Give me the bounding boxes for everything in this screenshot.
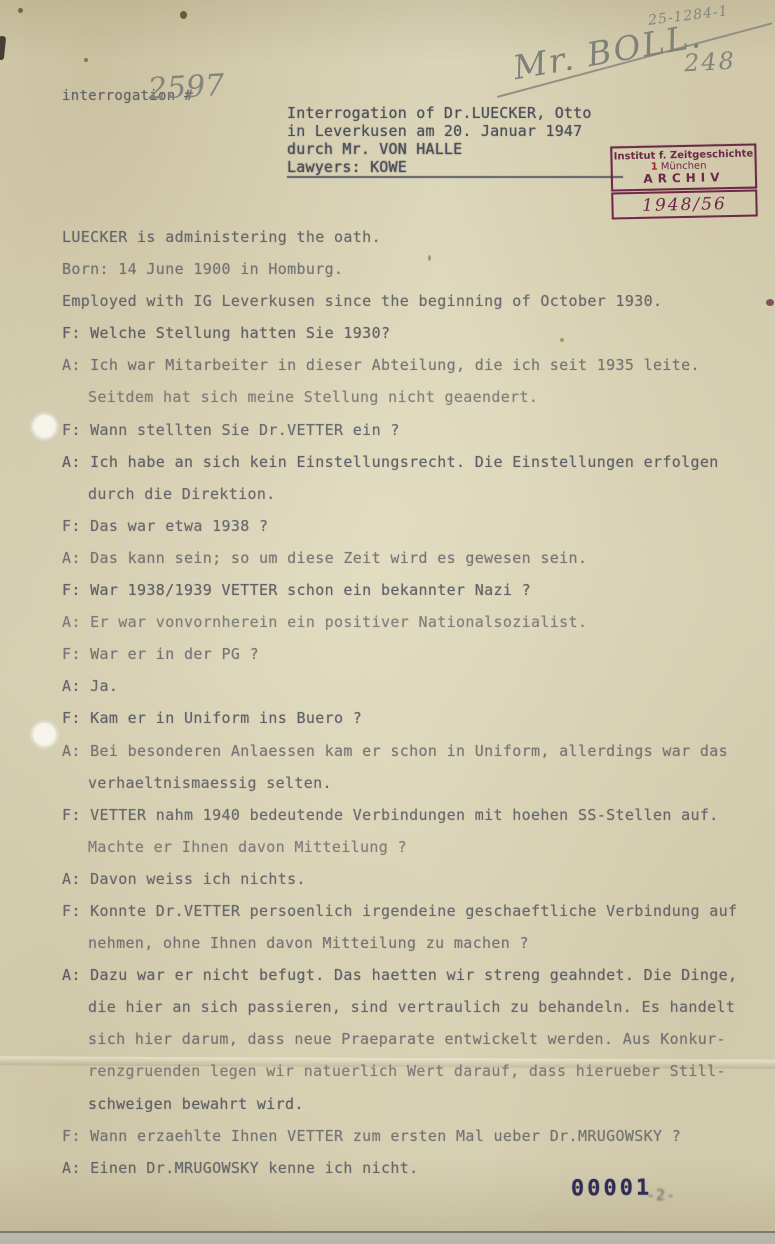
transcript-line-text: F: Konnte Dr.VETTER persoenlich irgendei… bbox=[62, 902, 737, 920]
transcript-line: F: Konnte Dr.VETTER persoenlich irgendei… bbox=[62, 895, 762, 927]
archive-stamp-number-box: 1948/56 bbox=[611, 189, 758, 219]
document-number-stamp: 00001 bbox=[571, 1176, 652, 1202]
handwritten-page-reference: 248 bbox=[683, 47, 736, 78]
stain-speck bbox=[84, 58, 88, 62]
interrogation-transcript: LUECKER is administering the oath. Born:… bbox=[62, 221, 762, 1184]
transcript-line: Machte er Ihnen davon Mitteilung ? bbox=[62, 831, 762, 863]
transcript-line-text: A: Er war vonvornherein ein positiver Na… bbox=[62, 613, 587, 631]
transcript-line: sich hier darum, dass neue Praeparate en… bbox=[62, 1023, 762, 1055]
typed-page-number: -2- bbox=[646, 1186, 676, 1204]
transcript-line: A: Dazu war er nicht befugt. Das haetten… bbox=[62, 959, 762, 991]
transcript-line-text: F: Welche Stellung hatten Sie 1930? bbox=[62, 324, 390, 342]
transcript-line: F: VETTER nahm 1940 bedeutende Verbindun… bbox=[62, 799, 762, 831]
transcript-line: A: Ich war Mitarbeiter in dieser Abteilu… bbox=[62, 349, 762, 381]
transcript-line: durch die Direktion. bbox=[62, 478, 762, 510]
transcript-line: die hier an sich passieren, sind vertrau… bbox=[62, 991, 762, 1023]
transcript-line-text: schweigen bewahrt wird. bbox=[88, 1095, 304, 1113]
header-line-title: Interrogation of Dr.LUECKER, Otto bbox=[287, 104, 592, 122]
transcript-line: F: Kam er in Uniform ins Buero ? bbox=[62, 702, 762, 734]
header-underline bbox=[287, 176, 623, 178]
transcript-line: Employed with IG Leverkusen since the be… bbox=[62, 285, 762, 317]
transcript-line-text: LUECKER is administering the oath. bbox=[62, 228, 381, 246]
stain-speck bbox=[180, 11, 187, 19]
header-line-lawyer: Lawyers: KOWE bbox=[287, 158, 592, 176]
scanned-document-page: Mr. BOLL. 25-1284-1 248 interrogation # … bbox=[0, 0, 775, 1244]
scan-bottom-edge bbox=[0, 1231, 775, 1244]
transcript-line: A: Bei besonderen Anlaessen kam er schon… bbox=[62, 735, 762, 767]
stain-speck bbox=[766, 299, 774, 306]
transcript-line-text: renzgruenden legen wir natuerlich Wert d… bbox=[88, 1062, 726, 1080]
archive-stamp-upper-box: Institut f. Zeitgeschichte 1 München ARC… bbox=[610, 143, 757, 191]
transcript-line-text: A: Bei besonderen Anlaessen kam er schon… bbox=[62, 742, 728, 760]
transcript-line: Born: 14 June 1900 in Homburg. bbox=[62, 253, 762, 285]
transcript-line-text: die hier an sich passieren, sind vertrau… bbox=[88, 998, 735, 1016]
transcript-line-text: F: War 1938/1939 VETTER schon ein bekann… bbox=[62, 581, 531, 599]
stamp-city-text: München bbox=[661, 161, 707, 173]
transcript-line-text: A: Davon weiss ich nichts. bbox=[62, 870, 306, 888]
transcript-line: F: Welche Stellung hatten Sie 1930? bbox=[62, 317, 762, 349]
header-line-place-date: in Leverkusen am 20. Januar 1947 bbox=[287, 122, 592, 140]
transcript-line-text: A: Dazu war er nicht befugt. Das haetten… bbox=[62, 966, 737, 984]
transcript-line: nehmen, ohne Ihnen davon Mitteilung zu m… bbox=[62, 927, 762, 959]
transcript-line-text: Machte er Ihnen davon Mitteilung ? bbox=[88, 838, 407, 856]
transcript-line: verhaeltnismaessig selten. bbox=[62, 767, 762, 799]
transcript-line-text: Born: 14 June 1900 in Homburg. bbox=[62, 260, 343, 278]
transcript-line-text: Seitdem hat sich meine Stellung nicht ge… bbox=[88, 388, 538, 406]
handwritten-interrogation-number: 2597 bbox=[147, 68, 225, 107]
transcript-line-text: A: Einen Dr.MRUGOWSKY kenne ich nicht. bbox=[62, 1159, 418, 1177]
transcript-line: Seitdem hat sich meine Stellung nicht ge… bbox=[62, 381, 762, 413]
transcript-line: F: War 1938/1939 VETTER schon ein bekann… bbox=[62, 574, 762, 606]
stamp-tick-mark: 1 bbox=[651, 162, 658, 173]
punch-hole bbox=[31, 413, 58, 440]
transcript-line: A: Das kann sein; so um diese Zeit wird … bbox=[62, 542, 762, 574]
transcript-line-text: F: Wann erzaehlte Ihnen VETTER zum erste… bbox=[62, 1127, 681, 1145]
transcript-line: F: Wann stellten Sie Dr.VETTER ein ? bbox=[62, 414, 762, 446]
transcript-line: F: Das war etwa 1938 ? bbox=[62, 510, 762, 542]
transcript-line-text: F: Kam er in Uniform ins Buero ? bbox=[62, 709, 362, 727]
stamp-city-line: 1 München bbox=[661, 161, 707, 173]
punch-hole bbox=[31, 721, 58, 748]
transcript-line: LUECKER is administering the oath. bbox=[62, 221, 762, 253]
transcript-line-text: durch die Direktion. bbox=[88, 485, 276, 503]
header-line-interrogator: durch Mr. VON HALLE bbox=[287, 140, 592, 158]
transcript-line-text: F: War er in der PG ? bbox=[62, 645, 259, 663]
transcript-line: renzgruenden legen wir natuerlich Wert d… bbox=[62, 1055, 762, 1087]
stain-speck bbox=[18, 8, 23, 13]
archive-stamp: Institut f. Zeitgeschichte 1 München ARC… bbox=[610, 143, 757, 219]
transcript-line: schweigen bewahrt wird. bbox=[62, 1088, 762, 1120]
transcript-line-text: verhaeltnismaessig selten. bbox=[88, 774, 332, 792]
transcript-line-text: A: Ich war Mitarbeiter in dieser Abteilu… bbox=[62, 356, 700, 374]
transcript-line: A: Ja. bbox=[62, 670, 762, 702]
transcript-line: F: War er in der PG ? bbox=[62, 638, 762, 670]
transcript-line-text: Employed with IG Leverkusen since the be… bbox=[62, 292, 662, 310]
transcript-line-text: F: VETTER nahm 1940 bedeutende Verbindun… bbox=[62, 806, 719, 824]
handwritten-name-note: Mr. BOLL. bbox=[510, 16, 705, 88]
transcript-line-text: A: Das kann sein; so um diese Zeit wird … bbox=[62, 549, 587, 567]
transcript-line: A: Ich habe an sich kein Einstellungsrec… bbox=[62, 446, 762, 478]
transcript-line-text: F: Das war etwa 1938 ? bbox=[62, 517, 268, 535]
paper-edge-nick bbox=[0, 36, 6, 61]
transcript-line: A: Einen Dr.MRUGOWSKY kenne ich nicht. bbox=[62, 1152, 762, 1184]
transcript-line: A: Davon weiss ich nichts. bbox=[62, 863, 762, 895]
transcript-line-text: A: Ich habe an sich kein Einstellungsrec… bbox=[62, 453, 719, 471]
transcript-line: A: Er war vonvornherein ein positiver Na… bbox=[62, 606, 762, 638]
transcript-line-text: A: Ja. bbox=[62, 677, 118, 695]
transcript-line-text: nehmen, ohne Ihnen davon Mitteilung zu m… bbox=[88, 934, 529, 952]
transcript-line-text: F: Wann stellten Sie Dr.VETTER ein ? bbox=[62, 421, 400, 439]
transcript-line-text: sich hier darum, dass neue Praeparate en… bbox=[88, 1030, 726, 1048]
transcript-line: F: Wann erzaehlte Ihnen VETTER zum erste… bbox=[62, 1120, 762, 1152]
document-header: Interrogation of Dr.LUECKER, Otto in Lev… bbox=[287, 104, 592, 176]
stamp-archive-line: ARCHIV bbox=[643, 171, 724, 186]
